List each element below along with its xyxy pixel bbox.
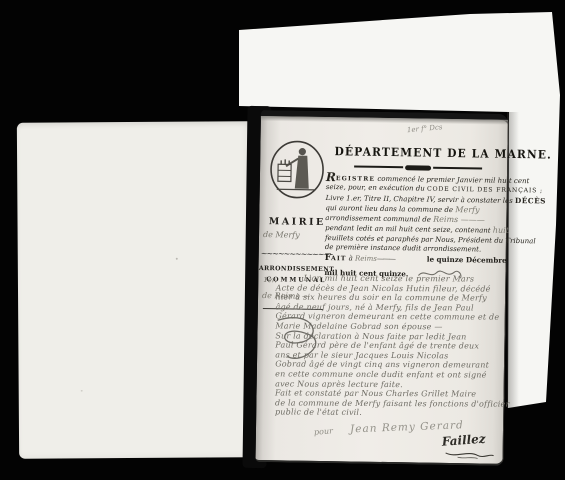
fait-place-handwritten: Reims xyxy=(355,254,377,262)
mairie-label: MAIRIE xyxy=(259,216,335,228)
paper-speck xyxy=(81,390,83,391)
mayor-flourish-icon xyxy=(444,449,496,460)
rule-segment xyxy=(354,165,403,168)
act-text: L'an mil huit cent seize le premier Mars… xyxy=(275,273,502,418)
register-title-page: 1er f° Dcs MAIRIE de Merfy ~~~~~~~~~~~~~… xyxy=(255,110,508,466)
scanned-register-photo: 1er f° Dcs MAIRIE de Merfy ~~~~~~~~~~~~~… xyxy=(0,0,565,480)
paper-speck xyxy=(176,258,178,260)
act-line: L'an mil huit cent seize le premier Mars xyxy=(276,273,502,284)
fait-left: FAIT à Reims——— xyxy=(325,253,395,264)
wavy-separator: ~~~~~~~~~~~~~~~ xyxy=(261,249,333,259)
arrondissement-fill-handwritten: Reims xyxy=(433,215,458,224)
signature-pour-handwritten: pour xyxy=(314,426,334,436)
act-line: en cette commune oncle dudit enfant et o… xyxy=(275,369,501,380)
fait-line: FAIT à Reims——— le quinze Décembre xyxy=(325,253,507,266)
rule-segment xyxy=(433,167,482,170)
act-line: public de l'état civil. xyxy=(275,408,501,419)
mairie-commune-handwritten: de Merfy xyxy=(263,230,333,240)
arrondissement-label: ARRONDISSEMENT xyxy=(258,265,334,273)
rule-ornament xyxy=(405,165,431,170)
blank-left-page xyxy=(17,121,253,459)
signature-declarant: Jean Remy Gerard xyxy=(350,419,464,435)
signature-mayor: Faillez xyxy=(441,432,486,449)
mairie-seal-icon xyxy=(268,138,327,203)
commune-fill-handwritten: Merfy xyxy=(455,205,479,214)
feuillets-fill-handwritten: huit xyxy=(493,226,509,235)
drop-cap: R xyxy=(326,170,336,184)
fait-date: le quinze Décembre xyxy=(427,255,507,265)
registre-paragraph: REGISTRE commencé le premier Janvier mil… xyxy=(325,173,508,255)
title-ornament-rule xyxy=(354,163,482,171)
act-line: Marie Madelaine Gobrad son épouse — xyxy=(275,321,501,332)
page-title: DÉPARTEMENT DE LA MARNE. xyxy=(334,144,500,161)
